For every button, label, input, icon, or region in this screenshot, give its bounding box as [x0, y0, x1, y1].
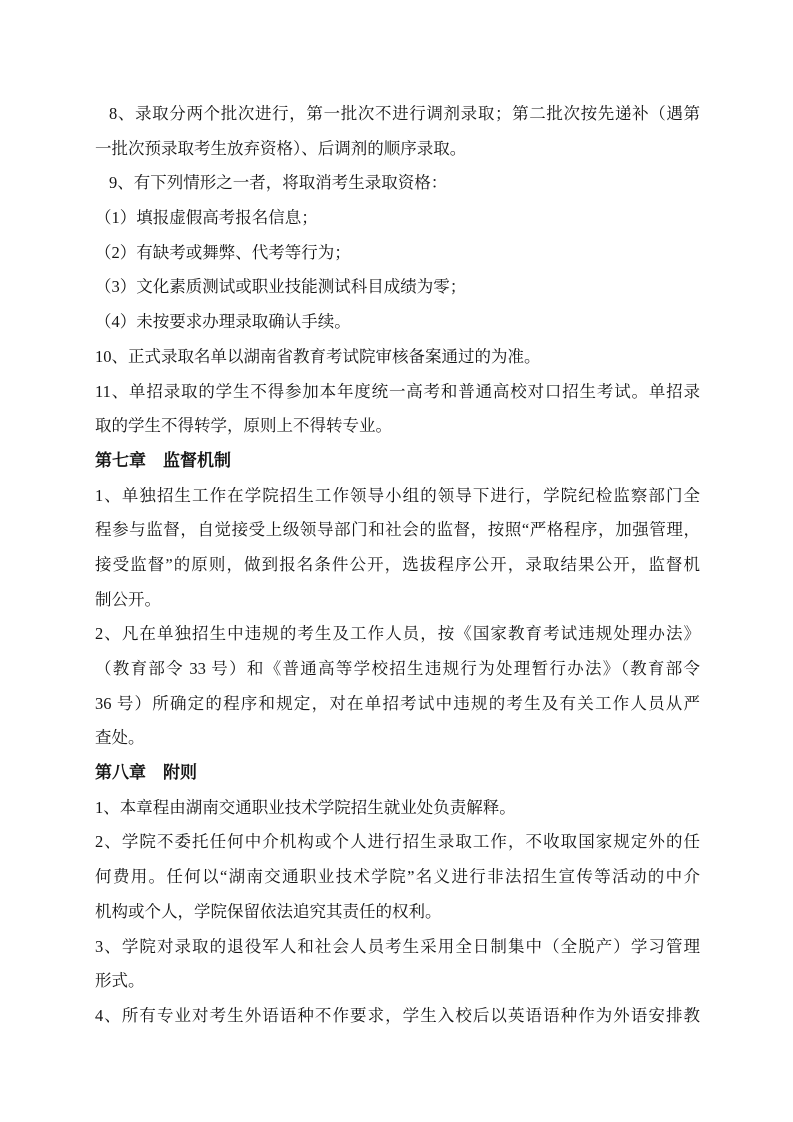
text-line: 2、凡在单独招生中违规的考生及工作人员，按《国家教育考试违规处理办法》: [95, 617, 700, 652]
text-line: 10、正式录取名单以湖南省教育考试院审核备案通过的为准。: [95, 340, 700, 375]
text-line: 机构或个人，学院保留依法追究其责任的权利。: [95, 895, 700, 930]
document-page: 8、录取分两个批次进行，第一批次不进行调剂录取；第二批次按先递补（遇第一批次预录…: [0, 0, 793, 1122]
chapter-heading: 第七章 监督机制: [95, 444, 700, 479]
text-line: 9、有下列情形之一者，将取消考生录取资格：: [95, 166, 700, 201]
text-line: 一批次预录取考生放弃资格）、后调剂的顺序录取。: [95, 132, 700, 167]
chapter-heading: 第八章 附则: [95, 756, 700, 791]
text-line: 形式。: [95, 964, 700, 999]
text-line: 第八章 附则: [95, 756, 700, 791]
text-line: 36 号）所确定的程序和规定，对在单招考试中违规的考生及有关工作人员从严: [95, 687, 700, 722]
text-line: 取的学生不得转学，原则上不得转专业。: [95, 409, 700, 444]
text-line: 接受监督”的原则，做到报名条件公开，选拔程序公开，录取结果公开，监督机: [95, 548, 700, 583]
text-line: （3）文化素质测试或职业技能测试科目成绩为零；: [95, 270, 700, 305]
paragraph: 1、本章程由湖南交通职业技术学院招生就业处负责解释。: [95, 791, 700, 826]
text-line: 制公开。: [95, 583, 700, 618]
text-line: 8、录取分两个批次进行，第一批次不进行调剂录取；第二批次按先递补（遇第: [95, 97, 700, 132]
paragraph: 4、所有专业对考生外语语种不作要求，学生入校后以英语语种作为外语安排教: [95, 999, 700, 1034]
paragraph: 9、有下列情形之一者，将取消考生录取资格：: [95, 166, 700, 201]
text-line: 何费用。任何以“湖南交通职业技术学院”名义进行非法招生宣传等活动的中介: [95, 860, 700, 895]
paragraph: （4）未按要求办理录取确认手续。: [95, 305, 700, 340]
document-body: 8、录取分两个批次进行，第一批次不进行调剂录取；第二批次按先递补（遇第一批次预录…: [95, 97, 700, 1034]
paragraph: 10、正式录取名单以湖南省教育考试院审核备案通过的为准。: [95, 340, 700, 375]
text-line: （1）填报虚假高考报名信息；: [95, 201, 700, 236]
text-line: 查处。: [95, 721, 700, 756]
paragraph: 2、学院不委托任何中介机构或个人进行招生录取工作，不收取国家规定外的任何费用。任…: [95, 825, 700, 929]
paragraph: （2）有缺考或舞弊、代考等行为；: [95, 236, 700, 271]
text-line: 第七章 监督机制: [95, 444, 700, 479]
paragraph: 11、单招录取的学生不得参加本年度统一高考和普通高校对口招生考试。单招录取的学生…: [95, 375, 700, 444]
paragraph: （1）填报虚假高考报名信息；: [95, 201, 700, 236]
paragraph: （3）文化素质测试或职业技能测试科目成绩为零；: [95, 270, 700, 305]
paragraph: 3、学院对录取的退役军人和社会人员考生采用全日制集中（全脱产）学习管理形式。: [95, 930, 700, 999]
text-line: 1、本章程由湖南交通职业技术学院招生就业处负责解释。: [95, 791, 700, 826]
text-line: （2）有缺考或舞弊、代考等行为；: [95, 236, 700, 271]
text-line: （4）未按要求办理录取确认手续。: [95, 305, 700, 340]
text-line: （教育部令 33 号）和《普通高等学校招生违规行为处理暂行办法》（教育部令: [95, 652, 700, 687]
text-line: 11、单招录取的学生不得参加本年度统一高考和普通高校对口招生考试。单招录: [95, 375, 700, 410]
text-line: 2、学院不委托任何中介机构或个人进行招生录取工作，不收取国家规定外的任: [95, 825, 700, 860]
paragraph: 1、单独招生工作在学院招生工作领导小组的领导下进行，学院纪检监察部门全程参与监督…: [95, 479, 700, 618]
text-line: 3、学院对录取的退役军人和社会人员考生采用全日制集中（全脱产）学习管理: [95, 930, 700, 965]
paragraph: 2、凡在单独招生中违规的考生及工作人员，按《国家教育考试违规处理办法》（教育部令…: [95, 617, 700, 756]
text-line: 1、单独招生工作在学院招生工作领导小组的领导下进行，学院纪检监察部门全: [95, 479, 700, 514]
text-line: 4、所有专业对考生外语语种不作要求，学生入校后以英语语种作为外语安排教: [95, 999, 700, 1034]
paragraph: 8、录取分两个批次进行，第一批次不进行调剂录取；第二批次按先递补（遇第一批次预录…: [95, 97, 700, 166]
text-line: 程参与监督，自觉接受上级领导部门和社会的监督，按照“严格程序，加强管理，: [95, 513, 700, 548]
